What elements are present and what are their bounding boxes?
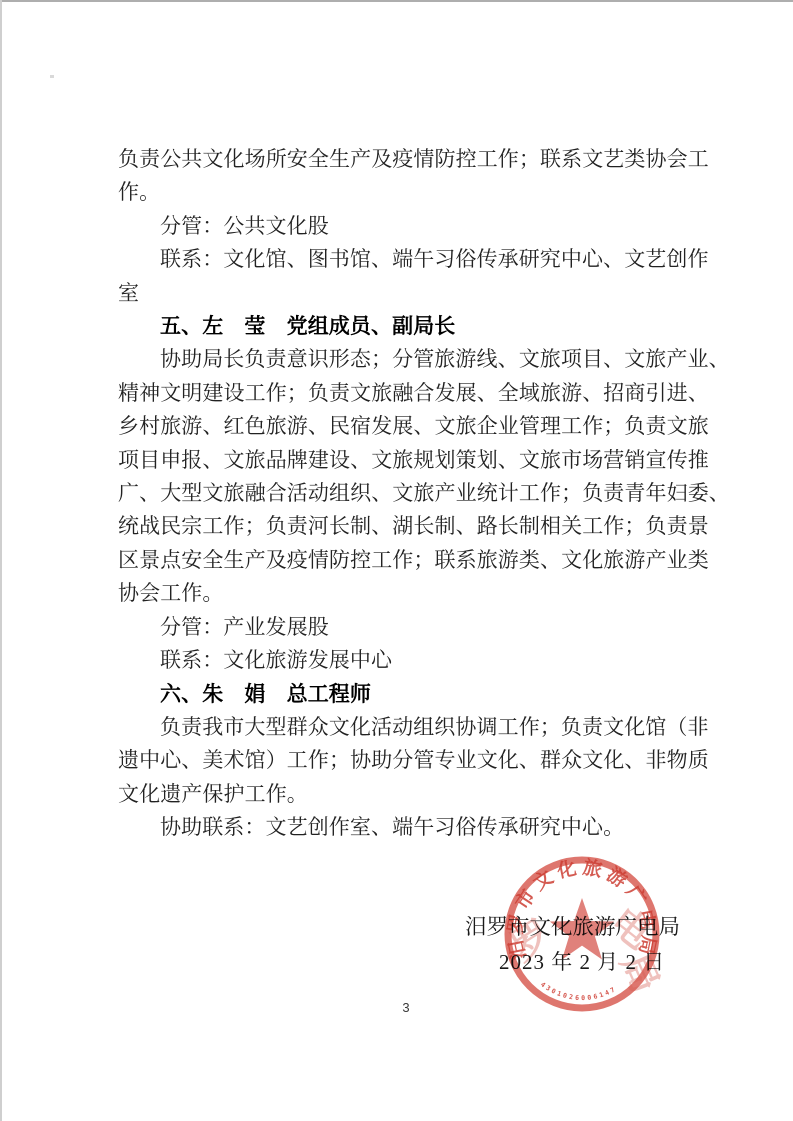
issuing-agency: 汨罗市文化旅游广电局 [465,910,680,941]
body-line: 分管：公共文化股 [118,210,696,243]
scan-artifact [50,75,54,78]
body-line: 协会工作。 [118,577,696,610]
body-line: 区景点安全生产及疫情防控工作；联系旅游类、文化旅游产业类 [118,544,696,577]
body-line: 分管：产业发展股 [118,611,696,644]
body-line: 负责公共文化场所安全生产及疫情防控工作；联系文艺类协会工 [118,143,696,176]
body-line: 文化遗产保护工作。 [118,778,696,811]
scanned-document-page: { "doc": { "lines": [ "负责公共文化场所安全生产及疫情防控… [0,0,793,1121]
body-line: 联系：文化馆、图书馆、端午习俗传承研究中心、文艺创作 [118,243,696,276]
body-line: 作。 [118,176,696,209]
body-line: 联系：文化旅游发展中心 [118,644,696,677]
body-line: 精神文明建设工作；负责文旅融合发展、全域旅游、招商引进、 [118,377,696,410]
section-heading: 六、朱 娟 总工程师 [118,678,696,711]
body-line: 负责我市大型群众文化活动组织协调工作；负责文化馆（非 [118,711,696,744]
body-line: 室 [118,277,696,310]
issue-date: 2023 年 2 月 2 日 [499,946,665,976]
document-body: 负责公共文化场所安全生产及疫情防控工作；联系文艺类协会工 作。 分管：公共文化股… [118,143,696,845]
body-line: 广、大型文旅融合活动组织、文旅产业统计工作；负责青年妇委、 [118,477,696,510]
body-line: 乡村旅游、红色旅游、民宿发展、文旅企业管理工作；负责文旅 [118,410,696,443]
body-line: 协助联系：文艺创作室、端午习俗传承研究中心。 [118,811,696,844]
section-heading: 五、左 莹 党组成员、副局长 [118,310,696,343]
body-line: 遗中心、美术馆）工作；协助分管专业文化、群众文化、非物质 [118,744,696,777]
body-line: 项目申报、文旅品牌建设、文旅规划策划、文旅市场营销宣传推 [118,444,696,477]
body-line: 统战民宗工作；负责河长制、湖长制、路长制相关工作；负责景 [118,510,696,543]
seal-code-number: 4301026006147 [539,980,618,1002]
body-line: 协助局长负责意识形态；分管旅游线、文旅项目、文旅产业、 [118,343,696,376]
scan-edge-left [0,0,2,1121]
scan-edge-top [0,0,793,2]
page-number: 3 [388,1000,424,1015]
